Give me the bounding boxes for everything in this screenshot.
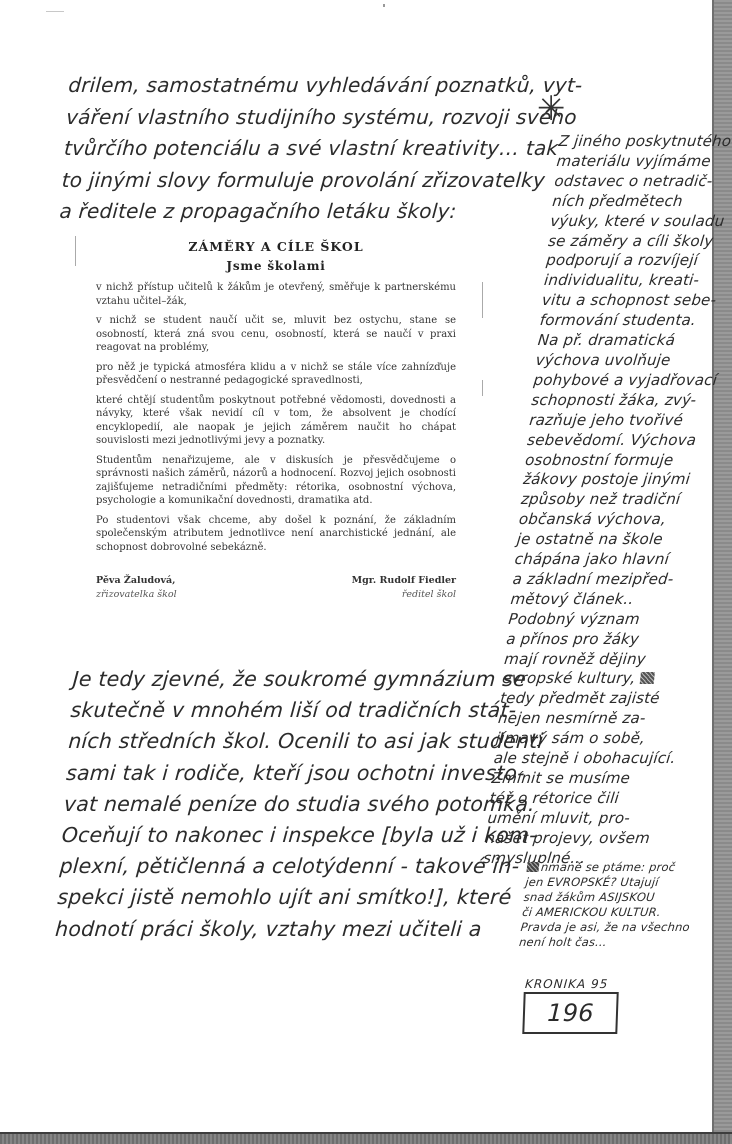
text-line: sami tak i rodiče, kteří jsou ochotni in… [65,758,519,789]
side-line: podporují a rozvíjejí [545,251,732,271]
text-line: váření vlastního studijního systému, roz… [65,102,519,134]
insert-paragraph: v nichž přístup učitelů k žákům je otevř… [96,281,456,308]
signature-name: Pěva Žaludová, [96,574,177,588]
side-line: vitu a schopnost sebe- [541,291,732,311]
signatures: Pěva Žaludová, zřizovatelka škol Mgr. Ru… [96,574,456,601]
side-line: razňuje jeho tvořivé [528,411,720,431]
side-line: se záměry a cíli školy [547,232,732,252]
intro-handwritten-paragraph: drilem, samostatnému vyhledávání poznatk… [58,70,521,228]
side-line: mětový článek.. [509,590,701,610]
footnote-line: nmaně se ptáme: proč [526,860,718,875]
side-note-column: Z jiného poskytnutého materiálu vyjímáme… [482,132,732,869]
chronicle-label: KRONIKA 95 [525,977,609,991]
signature-founder: Pěva Žaludová, zřizovatelka škol [96,574,177,601]
footnote-reference-mark-icon [640,672,655,684]
insert-border-left [75,236,76,266]
footnote-line: Pravda je asi, že na všechno [520,920,712,935]
text-line: hodnotí práci školy, vztahy mezi učiteli… [54,914,508,945]
side-line: ale stejně i obohacující. [493,749,685,769]
printed-leaflet-insert: ZÁMĚRY A CÍLE ŠKOL Jsme školami v nichž … [96,240,456,601]
text-line: ních středních škol. Ocenili to asi jak … [67,726,521,757]
page-edge-bottom [0,1132,732,1144]
body-handwritten-paragraph: Je tedy zjevné, že soukromé gymnázium se… [54,664,526,945]
text-line: plexní, pětičlenná a celotýdenní - takov… [59,851,513,882]
side-line: žákovy postoje jinými [522,470,714,490]
side-line: schopnosti žáka, zvý- [530,391,722,411]
side-line: individualitu, kreati- [543,271,732,291]
text-line: a ředitele z propagačního letáku školy: [58,196,512,228]
side-line: Zmínit se musíme [491,769,683,789]
text-line: tvůrčího potenciálu a své vlastní kreati… [63,133,517,165]
scan-speck [46,11,64,12]
side-line: evropské kultury, [501,669,693,689]
side-line: nejen nesmírně za- [497,709,689,729]
scan-dot [383,4,385,7]
side-line: způsoby než tradiční [520,490,712,510]
text-line: Oceňují to nakonec i inspekce [byla už i… [61,820,515,851]
side-line-text: evropské kultury, [501,669,636,687]
footnote-text: nmaně se ptáme: proč [540,860,676,874]
side-line: umění mluvit, pro- [486,809,678,829]
side-line: sebevědomí. Výchova [526,431,718,451]
signature-role: zřizovatelka škol [96,588,177,602]
side-line: jímavý sám o sobě, [495,729,687,749]
side-line: Podobný význam [507,610,699,630]
insert-border-right [482,380,483,396]
insert-paragraph: které chtějí studentům poskytnout potřeb… [96,394,456,448]
insert-paragraph: pro něž je typická atmosféra klidu a v n… [96,361,456,388]
signature-name: Mgr. Rudolf Fiedler [352,574,456,588]
footnote-line: není holt čas... [518,935,710,950]
side-line: a přínos pro žáky [505,630,697,650]
side-line: pohybové a vyjadřovací [533,371,725,391]
side-line: mají rovněž dějiny [503,650,695,670]
side-line: nášet projevy, ovšem [484,829,676,849]
side-line: Z jiného poskytnutého [558,132,732,152]
side-line: ních předmětech [551,192,732,212]
side-line: osobnostní formuje [524,451,716,471]
text-line: vat nemalé peníze do studia svého potomk… [63,789,517,820]
insert-subtitle: Jsme školami [96,260,456,274]
side-line: a základní mezipřed- [512,570,704,590]
side-line: formování studenta. [539,311,731,331]
text-line: drilem, samostatnému vyhledávání poznatk… [67,70,521,102]
footnote-line: snad žákům ASIJSKOU [523,890,715,905]
text-line: Je tedy zjevné, že soukromé gymnázium se [72,664,526,695]
side-line: tedy předmět zajisté [499,689,691,709]
signature-director: Mgr. Rudolf Fiedler ředitel škol [352,574,456,601]
side-line: výuky, které v souladu [549,212,732,232]
footnote-line: či AMERICKOU KULTUR. [521,905,713,920]
insert-title: ZÁMĚRY A CÍLE ŠKOL [96,240,456,254]
side-line: chápána jako hlavní [514,550,706,570]
page-number-box: 196 [522,992,618,1034]
asterisk-icon: ✳ [537,92,566,126]
footnote-line: jen EVROPSKÉ? Utajují [525,875,717,890]
text-line: spekci jistě nemohlo ujít ani smítko!], … [56,882,510,913]
footnote-mark-icon [526,862,539,872]
signature-role: ředitel škol [352,588,456,602]
insert-paragraph: v nichž se student naučí učit se, mluvit… [96,314,456,355]
insert-border-right [482,282,483,318]
text-line: to jinými slovy formuluje provolání zřiz… [61,165,515,197]
side-line: výchova uvolňuje [535,351,727,371]
side-line: Na př. dramatická [537,331,729,351]
insert-paragraph: Studentům nenařizujeme, ale v diskusích … [96,454,456,508]
side-line: materiálu vyjímáme [556,152,732,172]
side-line: odstavec o netradič- [553,172,732,192]
footnote: nmaně se ptáme: proč jen EVROPSKÉ? Utaju… [518,860,717,950]
side-line: je ostatně na škole [516,530,708,550]
side-line: též o rétorice čili [489,789,681,809]
side-line: občanská výchova, [518,510,710,530]
text-line: skutečně v mnohém liší od tradičních stá… [69,695,523,726]
insert-paragraph: Po studentovi však chceme, aby došel k p… [96,514,456,555]
